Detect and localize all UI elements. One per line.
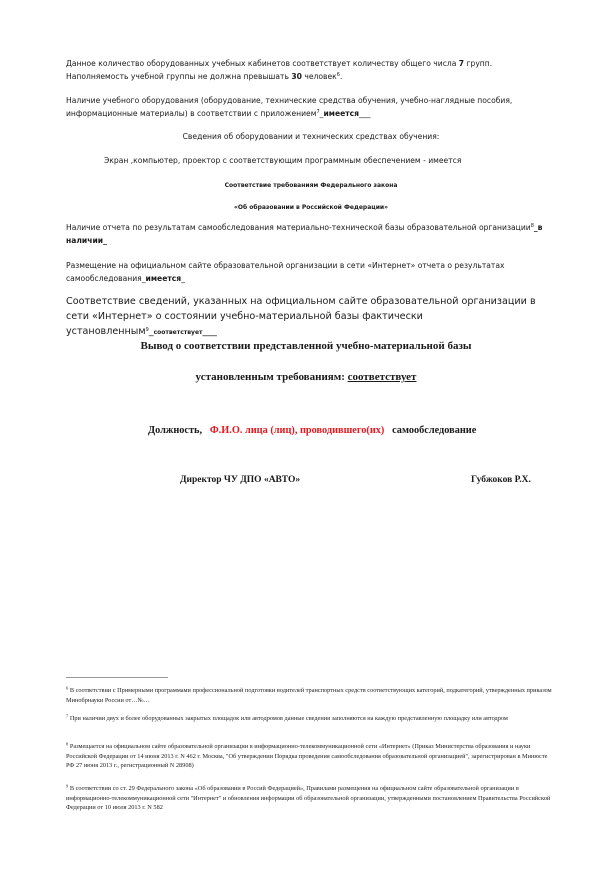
text: ___ [359,109,370,118]
paragraph-equipment: Наличие учебного оборудования (оборудова… [66,95,556,120]
footnote-separator [66,677,168,678]
text: Размещение на официальном сайте образова… [66,261,504,283]
law-heading-1-wrap: Соответствие требованиям Федерального за… [66,179,556,193]
paragraph-website-compliance: Соответствие сведений, указанных на офиц… [66,294,556,340]
law-heading-2: «Об образовании в Российской Федерации» [234,204,388,211]
footnote-9: 9 В соответствии со ст. 29 Федерального … [66,784,556,813]
text: человек [302,72,337,81]
paragraph-self-report: Наличие отчета по результатам самообслед… [66,222,556,247]
paragraph-website-report: Размещение на официальном сайте образова… [66,260,556,285]
text: Соответствие сведений, указанных на офиц… [66,296,536,337]
conclusion-line-1: Вывод о соответствии представленной учеб… [66,340,546,352]
document-page: Данное количество оборудованных учебных … [0,0,600,873]
text: При наличии двух и более оборудованных з… [68,715,508,722]
paragraph-classrooms: Данное количество оборудованных учебных … [66,58,556,83]
footnote-7: 7 При наличии двух и более оборудованных… [66,714,556,724]
equipment-answer: имеется [323,109,359,118]
max-group-size: 30 [291,72,302,81]
footnote-6: 6 В соответствии с Примерными программам… [66,686,556,705]
website-compliance-answer: соответствует [154,329,203,336]
text: ___ [203,326,217,337]
text: В соответствии со ст. 29 Федерального за… [66,785,550,811]
signature-heading: Должность, Ф.И.О. лица (лиц), проводивше… [148,425,476,436]
conclusion-line-2: установленным требованиям: соответствует [66,371,546,383]
conclusion-value: соответствует [348,371,417,383]
website-report-answer: имеется [146,274,182,283]
text: Наличие учебного оборудования (оборудова… [66,96,512,118]
law-heading-2-wrap: «Об образовании в Российской Федерации» [66,201,556,215]
text: Наличие отчета по результатам самообслед… [66,223,531,232]
signer-position: Директор ЧУ ДПО «АВТО» [180,475,300,485]
text: самообследование [392,425,476,436]
signature-placeholder: Ф.И.О. лица (лиц), проводившего(их) [210,425,385,436]
text: Размещается на официальном сайте образов… [66,743,547,769]
text: Должность, [148,425,202,436]
text: В соответствии с Примерными программами … [66,687,552,704]
footnote-8: 8 Размещается на официальном сайте образ… [66,742,556,771]
text: Данное количество оборудованных учебных … [66,59,459,68]
law-heading-1: Соответствие требованиям Федерального за… [225,182,398,189]
signer-name: Губжоков Р.Х. [471,475,531,485]
equipment-heading: Сведения об оборудовании и технических с… [66,131,556,144]
text: _ [181,274,185,283]
text: установленным требованиям: [196,371,348,383]
text: . [340,72,342,81]
equipment-line: Экран ,компьютер, проектор с соответству… [104,155,594,168]
